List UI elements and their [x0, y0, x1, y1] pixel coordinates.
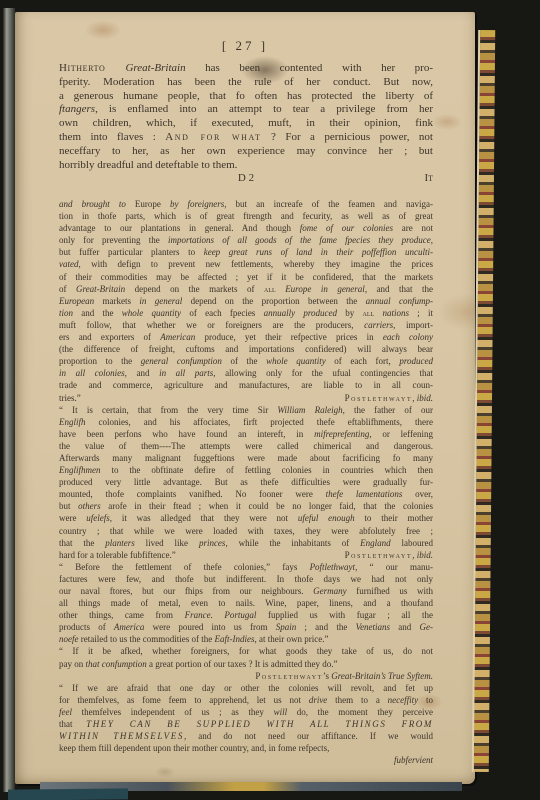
text-line: trade and commerce, agriculture and manu… [59, 379, 433, 391]
text-line: Hitherto Great-Britain has been contente… [59, 62, 433, 76]
text-line: ers and exporters of American produce, y… [59, 331, 433, 343]
text-segment: annual confump- [366, 296, 433, 306]
text-segment: of each fpecies [181, 308, 264, 318]
text-line: WITHIN THEMSELVES, and do not need our a… [59, 730, 433, 742]
text-segment: ftangers [59, 103, 95, 115]
text-segment: of the [222, 356, 266, 366]
text-segment: a great portion of our taxes ? It is adm… [147, 659, 338, 669]
text-segment: in general [139, 296, 182, 306]
main-text-block: Hitherto Great-Britain has been contente… [59, 62, 433, 186]
text-segment: Great-Britain’s True Syftem. [331, 671, 433, 681]
text-segment: Europe in general [285, 284, 365, 294]
text-segment: D 2 [238, 172, 254, 184]
text-segment: only for preventing the [59, 235, 168, 245]
text-segment: American [160, 332, 195, 342]
text-segment: fubfervient [394, 755, 433, 765]
text-segment: Germany [313, 586, 347, 596]
text-segment: that the [59, 538, 105, 548]
text-segment: pay on [59, 659, 86, 669]
text-segment: of [59, 284, 76, 294]
text-line: pay on that confumption a great portion … [59, 658, 433, 670]
text-segment: horribly dreadful and deteftable to them… [59, 159, 237, 171]
text-segment: , with defign to prevent new fettlements… [79, 259, 434, 269]
text-line: muft follow, that whether we or foreigne… [59, 319, 433, 331]
cover-corner [8, 788, 128, 800]
text-segment: to their mother [355, 513, 433, 523]
text-segment: ; it [409, 308, 433, 318]
text-line: tion in thofe parts, which is of great f… [59, 210, 433, 222]
text-line: fperity. Moderation has been the rule of… [59, 76, 433, 90]
text-segment: “ If it be afked, whether foreigners, fo… [59, 646, 433, 656]
text-segment: mifreprefenting [314, 429, 369, 439]
text-segment: lived like [135, 538, 199, 548]
text-segment: Poftlethwayt [310, 562, 356, 572]
text-line: hard for a tolerable fubfiftence.”Postle… [59, 549, 433, 561]
text-segment: Englifh [59, 417, 86, 427]
text-segment: Great-Britain [125, 62, 185, 74]
text-segment: proportion to the [59, 356, 141, 366]
text-segment: advantage to our plantations in general.… [59, 223, 300, 233]
text-line: but others arofe in their ftead ; when i… [59, 500, 433, 512]
text-segment: Venetians [356, 622, 391, 632]
text-line: country ; that while we were loaded with… [59, 525, 433, 537]
text-segment: importations of all goods of the fame fp… [168, 235, 431, 245]
text-line: other things, came from France. Portugal… [59, 609, 433, 621]
scanned-book-photo: [ 27 ] Hitherto Great-Britain has been c… [0, 0, 540, 800]
text-segment: in all colonies [59, 368, 125, 378]
text-line: our naval ftores, but our fhips from our… [59, 585, 433, 597]
text-segment: planters [105, 538, 135, 548]
text-segment: fupplied us with fugar ; all the [256, 610, 433, 620]
text-segment: Eaft-Indies [214, 634, 254, 644]
text-line: tries.”Postlethwayt, ibid. [59, 392, 433, 404]
text-segment: muft follow, that whether we or foreigne… [59, 320, 364, 330]
text-line: factures were few, and thofe but indiffe… [59, 573, 433, 585]
text-segment: fperity. Moderation has been the rule of… [59, 76, 433, 88]
footnote-block: and brought to Europe by foreigners, but… [59, 198, 433, 766]
text-segment: keep them ftill dependent upon their mot… [59, 743, 329, 753]
text-line: were ufelefs, it was alledged that they … [59, 512, 433, 524]
text-line: all things made of metal, even to nails.… [59, 597, 433, 609]
text-segment: whole quantity [266, 356, 326, 366]
book-page: [ 27 ] Hitherto Great-Britain has been c… [15, 12, 475, 784]
text-segment: are not [393, 223, 433, 233]
text-segment: vated [59, 259, 79, 269]
text-segment: ? For a pernicious power, not [262, 131, 433, 143]
text-segment: own children, which, if executed, muft, … [59, 117, 433, 129]
text-segment: carriers [364, 320, 393, 330]
text-segment: depend on the proportion between the [182, 296, 365, 306]
text-segment: retailed to us the commodities of the [79, 634, 215, 644]
text-segment: that confumption [86, 659, 147, 669]
text-segment: tries.” [59, 393, 81, 403]
text-segment: colonies, and his affociates, firft proj… [86, 417, 434, 427]
text-segment: Spain [276, 622, 297, 632]
text-segment: and brought to [59, 199, 126, 209]
text-segment: , or leffening [369, 429, 433, 439]
text-segment: Postlethwayt [345, 393, 413, 403]
text-line: Englifh colonies, and his affociates, fi… [59, 416, 433, 428]
text-segment: in all parts [159, 368, 213, 378]
text-segment: WITHIN THEMSELVES [59, 731, 184, 741]
text-line: them into flaves : And for what ? For a … [59, 131, 433, 145]
text-segment: princes [199, 538, 226, 548]
text-segment: produced [399, 356, 433, 366]
text-segment: of their commodities may be affected ; y… [59, 272, 433, 282]
text-line: that the planters lived like princes, wh… [59, 537, 433, 549]
text-segment: , [431, 235, 433, 245]
text-line: European markets in general depend on th… [59, 295, 433, 307]
text-segment: William Raleigh [277, 405, 342, 415]
text-segment: country ; that while we were loaded with… [59, 526, 433, 536]
text-segment: them to a [327, 695, 387, 705]
text-segment: (the difference of freight, cuftoms and … [59, 344, 433, 354]
text-segment: neceffary to her, as her own experience … [59, 145, 433, 157]
text-segment: nations [382, 308, 409, 318]
text-segment: our naval ftores, but our fhips from our… [59, 586, 313, 596]
text-line: and brought to Europe by foreigners, but… [59, 198, 433, 210]
text-line: “ Before the fettlement of thefe colonie… [59, 561, 433, 573]
text-segment: them into flaves : [59, 131, 165, 143]
text-segment: Afterwards many malignant fuggeftions we… [59, 453, 433, 463]
text-segment: , while the inhabitants of [225, 538, 360, 548]
text-segment: but fuffer particular planters to [59, 247, 204, 257]
text-segment: to the obftinate defire of fettling colo… [101, 465, 434, 475]
text-segment: thefe lamentations [326, 489, 403, 499]
text-line: feel themfelves independent of us ; as t… [59, 706, 433, 718]
text-segment: Postlethwayt [345, 550, 413, 560]
text-segment: ibid. [417, 393, 433, 403]
text-segment: “ It is certain, that from the very time… [59, 405, 277, 415]
page-number: [ 27 ] [15, 38, 475, 54]
text-segment: Englifhmen [59, 465, 101, 475]
text-segment: all [264, 284, 276, 294]
text-segment: , allowing only for the ufual contingenc… [213, 368, 433, 378]
text-segment: themfelves independent of us ; as they [72, 707, 274, 717]
text-segment: laboured [391, 538, 433, 548]
text-segment: THEY CAN BE SUPPLIED WITH ALL THINGS FRO… [86, 719, 433, 729]
text-segment: trade and commerce, agriculture and manu… [59, 380, 433, 390]
text-line: neceffary to her, as her own experience … [59, 145, 433, 159]
text-segment: noefe [59, 634, 79, 644]
text-segment: by foreigners [170, 199, 224, 209]
text-segment: produced very little advantage. But as t… [59, 477, 433, 487]
text-line: that THEY CAN BE SUPPLIED WITH ALL THING… [59, 718, 433, 730]
text-segment: ’s [323, 671, 331, 681]
text-line: noefe retailed to us the commodities of … [59, 633, 433, 645]
text-segment: do, the moment they perceive [287, 707, 433, 717]
text-line: ftangers, is enflamed into an attempt to… [59, 103, 433, 117]
text-segment: annually produced [264, 308, 337, 318]
text-line: “ If we are afraid that one day or other… [59, 682, 433, 694]
text-segment: , but an increafe of the feamen and navi… [224, 199, 433, 209]
text-segment: Ge- [420, 622, 434, 632]
text-segment: the value of them----The attempts were c… [59, 441, 433, 451]
text-line: “ It is certain, that from the very time… [59, 404, 433, 416]
text-line: products of America were poured into us … [59, 621, 433, 633]
text-line: in all colonies, and in all parts, allow… [59, 367, 433, 379]
text-line: a generous humane people, that fo often … [59, 90, 433, 104]
text-line: the value of them----The attempts were c… [59, 440, 433, 452]
text-segment: It [424, 172, 433, 184]
text-segment: And for what [165, 131, 261, 143]
text-segment: , import- [393, 320, 433, 330]
text-segment: arofe in their ftead ; when it could be … [101, 501, 433, 511]
text-line: tion and the whole quantity of each fpec… [59, 307, 433, 319]
text-segment: , is enflamed into an attempt to tear a … [95, 103, 433, 115]
text-segment: and the [73, 308, 122, 318]
text-line: for themfelves, as fome feem to apprehen… [59, 694, 433, 706]
text-segment [276, 284, 285, 294]
text-segment: Hitherto [59, 62, 125, 74]
text-line: D 2It [59, 172, 433, 186]
text-segment: general confumption [141, 356, 222, 366]
text-line: “ If it be afked, whether foreigners, fo… [59, 645, 433, 657]
text-segment: keep great runs of land in their poffeff… [204, 247, 433, 257]
text-segment: other things, came from [59, 610, 185, 620]
text-segment: ibid. [417, 550, 433, 560]
text-segment: drive [309, 695, 328, 705]
text-segment: , the father of our [343, 405, 433, 415]
text-segment: ers and exporters of [59, 332, 160, 342]
text-line: Afterwards many malignant fuggeftions we… [59, 452, 433, 464]
text-segment: of each fort, [326, 356, 400, 366]
text-segment: feel [59, 707, 72, 717]
text-line: horribly dreadful and deteftable to them… [59, 159, 433, 173]
text-line: vated, with defign to prevent new fettle… [59, 258, 433, 270]
text-segment: depend on the markets of [125, 284, 264, 294]
text-segment: for themfelves, as fome feem to apprehen… [59, 695, 309, 705]
text-line: have been perfons who have found an inte… [59, 428, 433, 440]
text-line: (the difference of freight, cuftoms and … [59, 343, 433, 355]
text-line: proportion to the general confumption of… [59, 355, 433, 367]
text-segment: but [59, 501, 78, 511]
text-segment: factures were few, and thofe but indiffe… [59, 574, 433, 584]
text-line: Englifhmen to the obftinate defire of fe… [59, 464, 433, 476]
text-segment: were poured into us from [144, 622, 275, 632]
text-segment: all things made of metal, even to nails.… [59, 598, 433, 608]
text-segment: ufelefs [86, 513, 110, 523]
text-segment: hard for a tolerable fubfiftence.” [59, 550, 176, 560]
text-segment: produce, yet their refpective prices in [195, 332, 383, 342]
text-segment: , and that the [365, 284, 433, 294]
text-line: own children, which, if executed, muft, … [59, 117, 433, 131]
text-line: mounted, thofe complaints vanifhed. No f… [59, 488, 433, 500]
text-line: of Great-Britain depend on the markets o… [59, 283, 433, 295]
text-segment: fome of our colonies [300, 223, 393, 233]
marbled-fore-edge [472, 30, 495, 772]
text-segment: mounted, thofe complaints vanifhed. No f… [59, 489, 326, 499]
text-segment: whole quantity [122, 308, 181, 318]
text-segment: by [337, 308, 363, 318]
text-line: Postlethwayt’s Great-Britain’s True Syft… [59, 670, 433, 682]
text-line: but fuffer particular planters to keep g… [59, 246, 433, 258]
text-segment: all [363, 308, 375, 318]
text-segment: were [59, 513, 86, 523]
text-segment: markets [94, 296, 139, 306]
text-line: advantage to our plantations in general.… [59, 222, 433, 234]
text-segment: will [274, 707, 288, 717]
text-segment: over, [402, 489, 433, 499]
text-segment: neceffity [388, 695, 418, 705]
text-segment: , and [125, 368, 159, 378]
text-segment: tion [59, 308, 73, 318]
text-segment: that [59, 719, 86, 729]
text-segment: tion in thofe parts, which is of great f… [59, 211, 433, 221]
text-segment: , and do not need our affiftance. If we … [184, 731, 433, 741]
text-segment: “ Before the fettlement of thefe colonie… [59, 562, 310, 572]
text-segment: America [114, 622, 145, 632]
binding-edge [3, 8, 15, 792]
text-segment: England [360, 538, 391, 548]
text-segment: has been contented with her pro- [186, 62, 433, 74]
text-segment: Great-Britain [76, 284, 125, 294]
text-line: produced very little advantage. But as t… [59, 476, 433, 488]
text-segment: , “ our manu- [355, 562, 433, 572]
text-segment: to [418, 695, 433, 705]
text-line: of their commodities may be affected ; y… [59, 271, 433, 283]
text-segment: ; and the [296, 622, 355, 632]
text-segment: Postlethwayt [255, 671, 323, 681]
text-segment: European [59, 296, 94, 306]
text-segment: ufeful enough [298, 513, 355, 523]
text-segment: furnifhed us with [347, 586, 433, 596]
text-segment: France. Portugal [185, 610, 257, 620]
text-segment: , at their own price.” [254, 634, 328, 644]
text-segment: have been perfons who have found an inte… [59, 429, 314, 439]
text-line: only for preventing the importations of … [59, 234, 433, 246]
text-segment: “ If we are afraid that one day or other… [59, 683, 433, 693]
text-line: fubfervient [59, 754, 433, 766]
text-segment: each colony [383, 332, 433, 342]
text-line: keep them ftill dependent upon their mot… [59, 742, 433, 754]
text-segment: others [78, 501, 101, 511]
text-segment: Europe [126, 199, 170, 209]
text-segment: , it was alledged that they were not [110, 513, 298, 523]
text-segment: a generous humane people, that fo often … [59, 90, 433, 102]
text-segment: products of [59, 622, 114, 632]
text-segment: and [390, 622, 419, 632]
